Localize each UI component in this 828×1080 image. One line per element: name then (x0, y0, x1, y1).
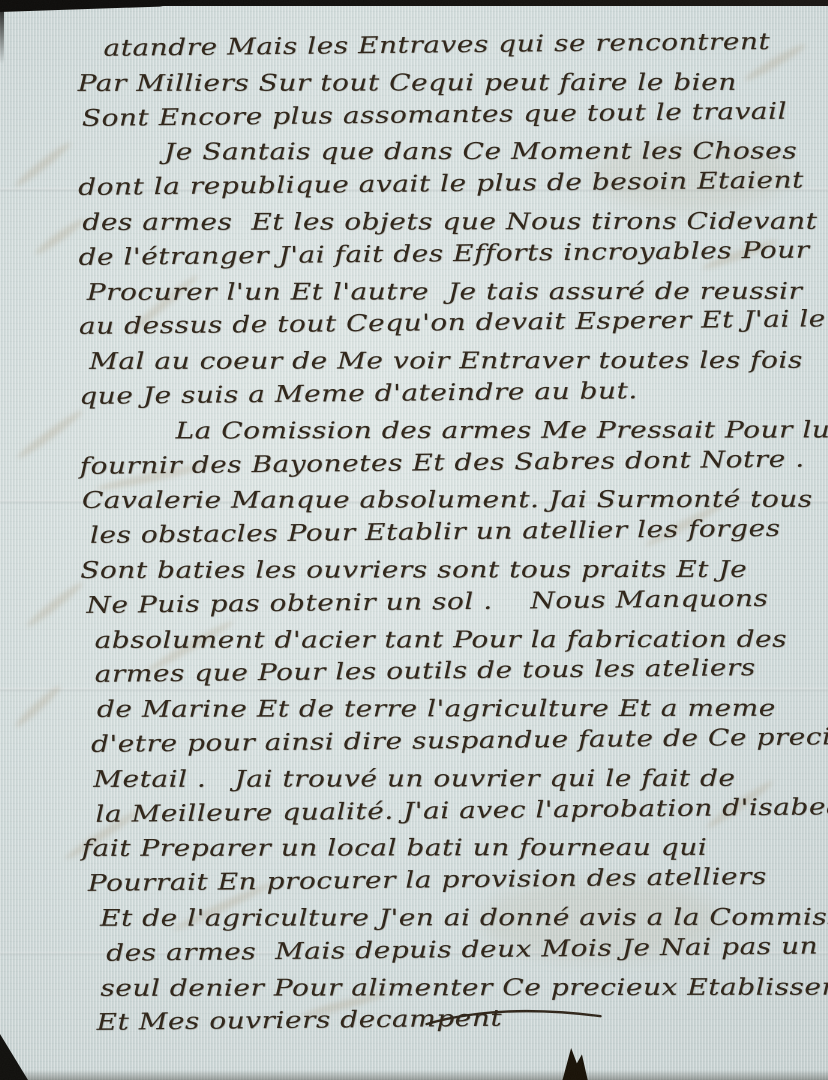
show-through-mark (15, 407, 85, 461)
manuscript-line-text: atandre Mais les Entraves qui se rencont… (103, 25, 770, 67)
manuscript-line: seul denier Pour alimenter Ce precieux E… (82, 968, 812, 1007)
manuscript-line: d'etre pour ainsi dire suspandue faute d… (81, 724, 811, 763)
manuscript-line-text: que Je suis a Meme d'ateindre au but. (79, 374, 638, 415)
manuscript-line-text: Sont Encore plus assomantes que tout le … (82, 94, 788, 136)
manuscript-page: atandre Mais les Entraves qui se rencont… (0, 0, 828, 1080)
page-top-left-edge (0, 0, 195, 12)
manuscript-line-text: des armes Mais depuis deux Mois Je Nai p… (106, 929, 818, 971)
manuscript-line-text: de l'étranger J'ai fait des Efforts incr… (78, 233, 810, 275)
manuscript-line: les obstacles Pour Etablir un atellier l… (80, 515, 810, 554)
manuscript-line: Et Mes ouvriers decampent (82, 1002, 812, 1041)
show-through-mark (25, 579, 86, 629)
flourish-stroke (425, 1011, 605, 1038)
manuscript-line-text: la Meilleure qualité. J'ai avec l'aproba… (95, 790, 828, 833)
manuscript-line-text: au dessus de tout Cequ'on devait Esperer… (79, 303, 826, 345)
show-through-mark (13, 683, 64, 730)
manuscript-line: fournir des Bayonetes Et des Sabres dont… (80, 446, 810, 485)
manuscript-line: de l'étranger J'ai fait des Efforts incr… (78, 237, 808, 276)
manuscript-line-text: d'etre pour ainsi dire suspandue faute d… (91, 720, 828, 763)
manuscript-line: la Meilleure qualité. J'ai avec l'aproba… (81, 794, 811, 833)
manuscript-line-text: Pourrait En procurer la provision des at… (88, 860, 767, 902)
manuscript-line-text: Ne Puis pas obtenir un sol . Nous Manquo… (86, 582, 768, 624)
page-left-edge (0, 0, 4, 64)
manuscript-line: Ne Puis pas obtenir un sol . Nous Manquo… (80, 585, 810, 624)
manuscript-line-text: seul denier Pour alimenter Ce precieux E… (100, 970, 828, 1006)
manuscript-line-text: les obstacles Pour Etablir un atellier l… (90, 512, 781, 554)
manuscript-line: Sont Encore plus assomantes que tout le … (78, 98, 808, 137)
manuscript-line: que Je suis a Meme d'ateindre au but. (79, 376, 809, 415)
manuscript-line-text: dont la republique avait le plus de beso… (78, 164, 804, 206)
manuscript-line: dont la republique avait le plus de beso… (78, 167, 808, 206)
show-through-mark (13, 139, 74, 189)
manuscript-line: des armes Mais depuis deux Mois Je Nai p… (82, 933, 812, 972)
manuscript-text-block: atandre Mais les Entraves qui se rencont… (77, 28, 812, 1041)
manuscript-line: au dessus de tout Cequ'on devait Esperer… (79, 306, 809, 345)
page-bottom-edge (0, 1070, 828, 1080)
manuscript-line: atandre Mais les Entraves qui se rencont… (77, 28, 807, 67)
manuscript-line: Pourrait En procurer la provision des at… (82, 863, 812, 902)
manuscript-line: Mal au coeur de Me voir Entraver toutes … (79, 341, 809, 380)
manuscript-line: armes que Pour les outils de tous les at… (81, 654, 811, 693)
manuscript-line-text: Mal au coeur de Me voir Entraver toutes … (89, 344, 803, 380)
manuscript-line-text: armes que Pour les outils de tous les at… (94, 651, 755, 693)
manuscript-line-text: fournir des Bayonetes Et des Sabres dont… (79, 442, 804, 484)
